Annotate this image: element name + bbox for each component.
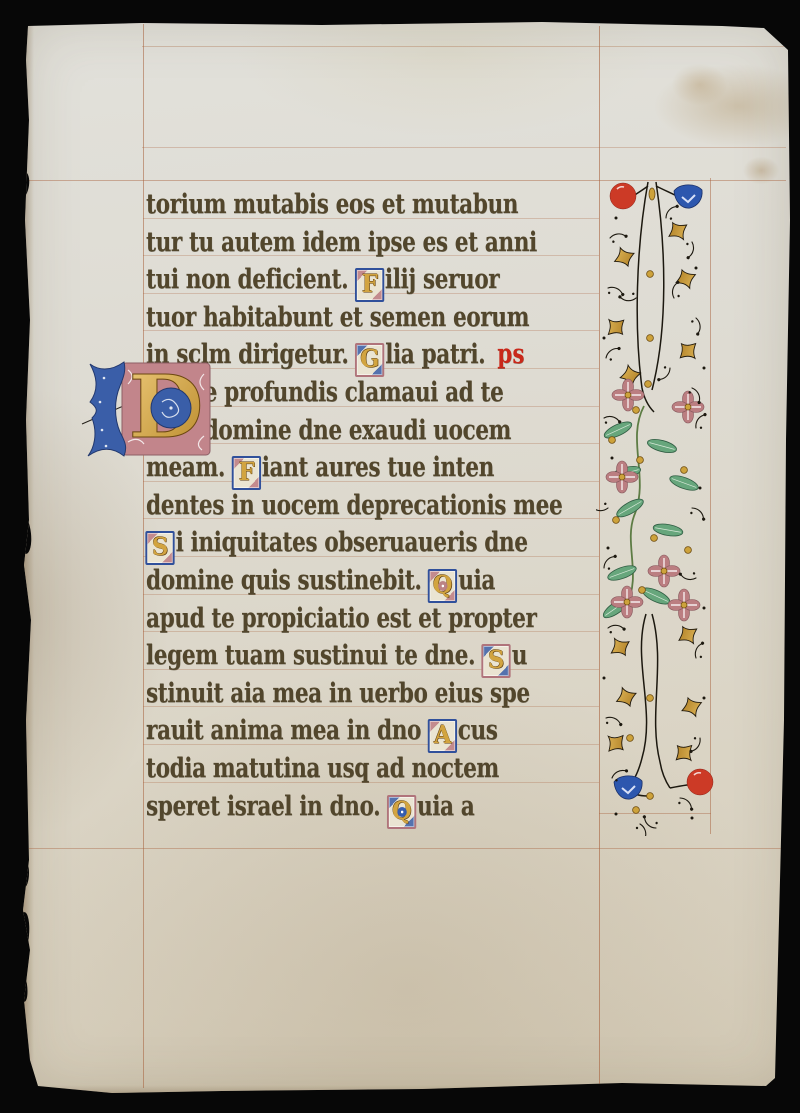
gothic-text: domine dne exaudi uocem [204, 415, 511, 446]
binding-hole [15, 967, 30, 1002]
gothic-text: lia patri. [385, 339, 492, 370]
illuminated-initial-g: G [355, 343, 384, 377]
rubric-psalm-mark: ps [497, 339, 524, 370]
photo-background: torium mutabis eos et mutabuntur tu aute… [0, 0, 800, 1113]
illuminated-initial-f: F [231, 456, 260, 490]
gothic-text: rauit anima mea in dno [146, 715, 428, 746]
illuminated-initial-f: F [355, 268, 384, 302]
text-line: stinuit aia mea in uerbo eius spe [146, 675, 522, 713]
gothic-text: ilij seruor [385, 264, 499, 295]
textblock-bottom-rule [28, 848, 786, 849]
illuminated-initial-a: A [428, 719, 457, 753]
gothic-text: stinuit aia mea in uerbo eius spe [146, 678, 530, 709]
illuminated-initial-s: S [145, 531, 174, 565]
text-line: speret israel in dno. Quia a [146, 788, 522, 826]
gothic-text: i iniquitates obseruaueris dne [176, 527, 528, 558]
text-line: tur tu autem idem ipse es et anni [146, 224, 522, 262]
gothic-text: tuor habitabunt et semen eorum [146, 302, 529, 333]
text-block: torium mutabis eos et mutabuntur tu aute… [146, 186, 616, 825]
text-line: domine quis sustinebit. Quia [146, 562, 522, 600]
gothic-text: u [512, 640, 527, 671]
text-line: todia matutina usq ad noctem [146, 750, 522, 788]
gothic-text: apud te propiciatio est et propter [146, 603, 536, 634]
red-berry-top [610, 183, 636, 209]
gothic-text: legem tuam sustinui te dne. [146, 640, 482, 671]
text-line: legem tuam sustinui te dne. Su [146, 637, 522, 675]
gothic-text: uia a [417, 791, 474, 822]
upper-rule [142, 147, 786, 148]
gothic-text: e profundis clamaui ad te [204, 377, 504, 408]
top-margin-rule [142, 46, 784, 47]
gothic-text: tur tu autem idem ipse es et anni [146, 227, 537, 258]
gothic-text: speret israel in dno. [146, 791, 387, 822]
pink-flowers [606, 379, 704, 621]
gothic-text: dentes in uocem deprecationis mee [146, 490, 562, 521]
text-line: Si iniquitates obseruaueris dne [146, 524, 522, 562]
binding-hole [15, 513, 33, 554]
text-line: tuor habitabunt et semen eorum [146, 299, 522, 337]
gothic-text: cus [458, 715, 498, 746]
gothic-text: torium mutabis eos et mutabun [146, 189, 518, 220]
binding-hole [19, 84, 26, 98]
gothic-text: iant aures tue inten [262, 452, 494, 483]
text-line: torium mutabis eos et mutabun [146, 186, 522, 224]
text-line: apud te propiciatio est et propter [146, 600, 522, 638]
illuminated-initial-q: Q [387, 795, 416, 829]
text-line: tui non deficient. Filij seruor [146, 261, 522, 299]
binding-hole [18, 858, 29, 888]
gothic-text: todia matutina usq ad noctem [146, 753, 499, 784]
gothic-text: domine quis sustinebit. [146, 565, 429, 596]
text-line: rauit anima mea in dno Acus [146, 712, 522, 750]
floral-border [596, 178, 714, 836]
blue-flower-top [674, 185, 702, 208]
illuminated-initial-s: S [482, 644, 511, 678]
red-berry-bottom [687, 769, 713, 795]
binding-hole [16, 171, 31, 198]
manuscript-leaf: torium mutabis eos et mutabuntur tu aute… [22, 20, 792, 1095]
gothic-text: uia [458, 565, 495, 596]
binding-hole [14, 912, 31, 959]
dropcap-initial-d: D [78, 358, 214, 460]
text-line: dentes in uocem deprecationis mee [146, 487, 522, 525]
gold-ivy-cluster-top [601, 217, 702, 387]
gothic-text: tui non deficient. [146, 264, 355, 295]
illuminated-initial-q: Q [428, 569, 457, 603]
